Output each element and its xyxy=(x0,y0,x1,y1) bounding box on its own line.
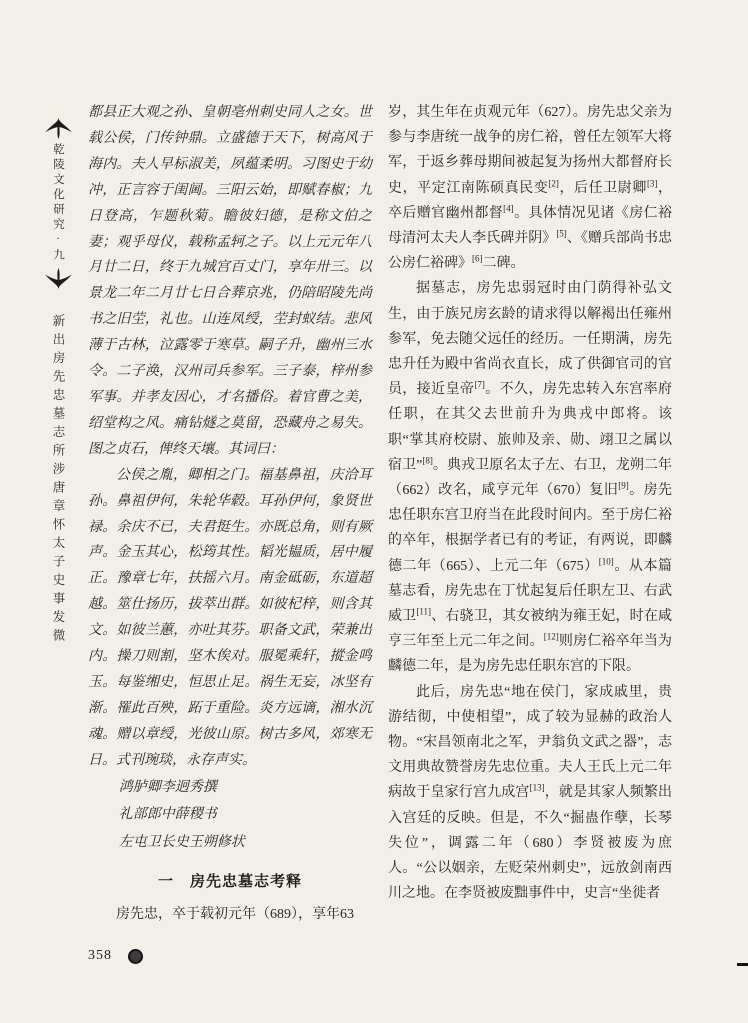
series-title: 乾陵文化研究·九 xyxy=(50,143,66,264)
trim-mark xyxy=(737,963,748,966)
colophon-line-compiler: 左屯卫长史王朔修状 xyxy=(119,829,372,857)
page-number: 358 xyxy=(88,948,112,964)
left-column: 都县正大观之孙、皇朝亳州刺史同人之女。世载公侯，门传钟鼎。立盛德于天下，树高风于… xyxy=(88,100,372,928)
commentary-paragraph: 此后，房先忠“地在侯门，家成戚里，贵游结彻，中使相望”，成了较为显赫的政治人物。… xyxy=(388,680,672,907)
epitaph-colophon: 鸿胪卿李迥秀撰 礼部郎中薛稷书 左屯卫长史王朔修状 xyxy=(88,774,372,857)
article-title: 新出房先忠墓志所涉唐章怀太子史事发微 xyxy=(49,314,67,647)
text-body: 都县正大观之孙、皇朝亳州刺史同人之女。世载公侯，门传钟鼎。立盛德于天下，树高风于… xyxy=(88,100,672,928)
colophon-line-calligrapher: 礼部郎中薛稷书 xyxy=(119,801,372,829)
book-page: 乾陵文化研究·九 新出房先忠墓志所涉唐章怀太子史事发微 都县正大观之孙、皇朝亳州… xyxy=(0,0,748,1023)
commentary-paragraph: 岁，其生年在贞观元年（627）。房先忠父亲为参与李唐统一战争的房仁裕，曾任左领军… xyxy=(388,100,672,276)
filled-circle-icon xyxy=(128,949,143,964)
phoenix-bird-up-icon xyxy=(45,118,72,139)
commentary-opening-paragraph: 房先忠，卒于载初元年（689），享年63 xyxy=(88,902,372,928)
section-heading: 一 房先忠墓志考释 xyxy=(88,869,372,895)
epitaph-verse-paragraph: 公侯之胤，卿相之门。福基鼻祖，庆洽耳孙。鼻祖伊何，朱轮华毂。耳孙伊何，象贤世禄。… xyxy=(88,463,372,774)
right-column: 岁，其生年在贞观元年（627）。房先忠父亲为参与李唐统一战争的房仁裕，曾任左领军… xyxy=(388,100,672,928)
phoenix-bird-down-icon xyxy=(45,268,72,289)
sidebar: 乾陵文化研究·九 新出房先忠墓志所涉唐章怀太子史事发微 xyxy=(34,118,82,647)
colophon-line-composer: 鸿胪卿李迥秀撰 xyxy=(119,774,372,802)
commentary-paragraph: 据墓志，房先忠弱冠时由门荫得补弘文生，由于族兄房玄龄的请求得以解褐出任雍州参军，… xyxy=(388,276,672,679)
page-footer: 358 xyxy=(88,948,672,964)
epitaph-continuation-paragraph: 都县正大观之孙、皇朝亳州刺史同人之女。世载公侯，门传钟鼎。立盛德于天下，树高风于… xyxy=(88,100,372,463)
